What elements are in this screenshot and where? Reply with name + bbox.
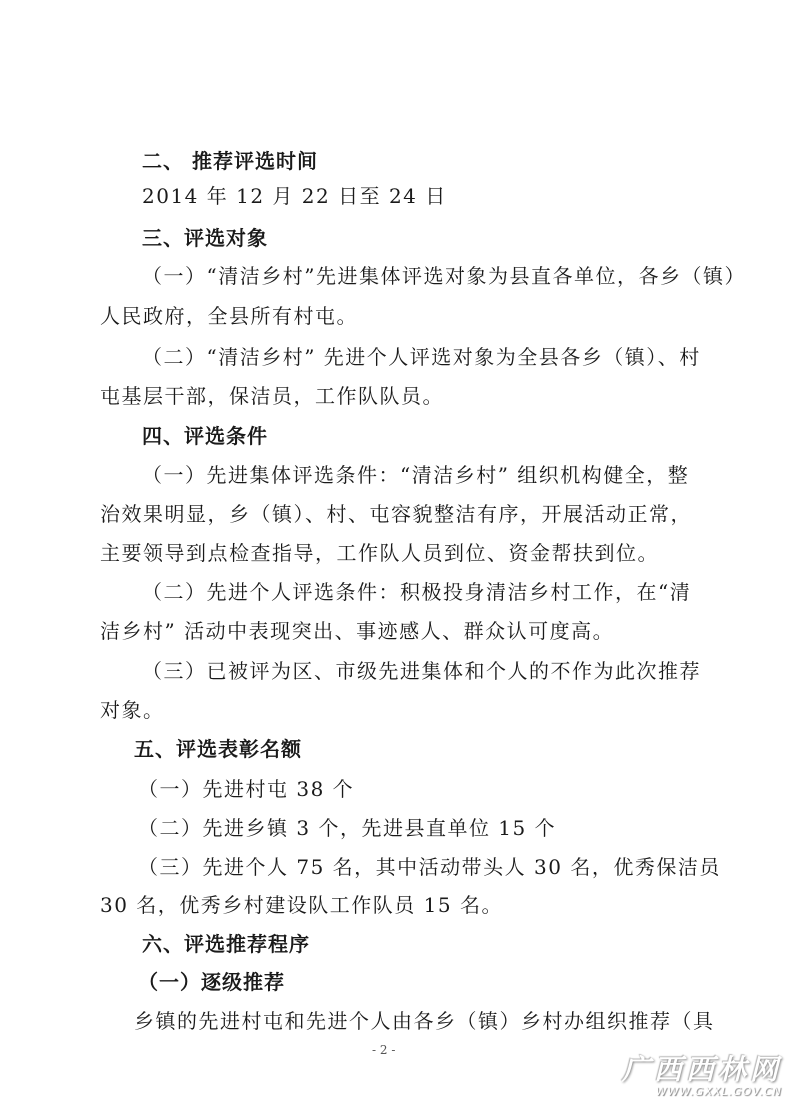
section-4-heading: 四、评选条件 xyxy=(142,424,268,448)
section-4-p1-line3: 主要领导到点检查指导，工作队人员到位、资金帮扶到位。 xyxy=(100,541,659,565)
section-3-p1-line1: （一）“清洁乡村”先进集体评选对象为县直各单位，各乡（镇） xyxy=(142,264,746,288)
page-number: - 2 - xyxy=(372,1043,395,1057)
section-6-heading: 六、评选推荐程序 xyxy=(142,932,310,956)
section-5-item3-line2: 30 名，优秀乡村建设队工作队员 15 名。 xyxy=(100,893,503,917)
section-5-item2: （二）先进乡镇 3 个，先进县直单位 15 个 xyxy=(138,816,556,840)
section-3-p1-line2: 人民政府，全县所有村屯。 xyxy=(100,304,358,328)
site-watermark: 广西西林网 WWW.GXXL.GOV.CN xyxy=(612,1055,782,1098)
section-6-sub1-heading: （一）逐级推荐 xyxy=(138,970,285,994)
section-4-p1-line2: 治效果明显，乡（镇）、村、屯容貌整洁有序，开展活动正常， xyxy=(100,502,692,526)
section-6-sub1-line1: 乡镇的先进村屯和先进个人由各乡（镇）乡村办组织推荐（具 xyxy=(134,1009,715,1033)
section-5-item1: （一）先进村屯 38 个 xyxy=(138,777,354,801)
section-4-p3-line1: （三）已被评为区、市级先进集体和个人的不作为此次推荐 xyxy=(142,659,701,683)
section-3-p2-line1: （二）“清洁乡村” 先进个人评选对象为全县各乡（镇）、村 xyxy=(142,345,701,369)
document-page: 二、 推荐评选时间 2014 年 12 月 22 日至 24 日 三、评选对象 … xyxy=(0,0,794,1119)
watermark-logo-text: 广西西林网 xyxy=(612,1055,782,1085)
watermark-url: WWW.GXXL.GOV.CN xyxy=(612,1085,782,1098)
section-2-date: 2014 年 12 月 22 日至 24 日 xyxy=(142,184,447,208)
section-4-p2-line2: 洁乡村” 活动中表现突出、事迹感人、群众认可度高。 xyxy=(100,619,614,643)
section-4-p1-line1: （一）先进集体评选条件：“清洁乡村” 组织机构健全，整 xyxy=(142,463,689,487)
section-2-heading: 二、 推荐评选时间 xyxy=(142,149,318,173)
section-3-p2-line2: 屯基层干部，保洁员，工作队队员。 xyxy=(100,384,444,408)
section-3-heading: 三、评选对象 xyxy=(142,226,268,250)
section-4-p2-line1: （二）先进个人评选条件：积极投身清洁乡村工作，在“清 xyxy=(142,580,691,604)
section-4-p3-line2: 对象。 xyxy=(100,698,165,722)
section-5-heading: 五、评选表彰名额 xyxy=(134,737,302,761)
section-5-item3-line1: （三）先进个人 75 名，其中活动带头人 30 名，优秀保洁员 xyxy=(138,855,721,879)
